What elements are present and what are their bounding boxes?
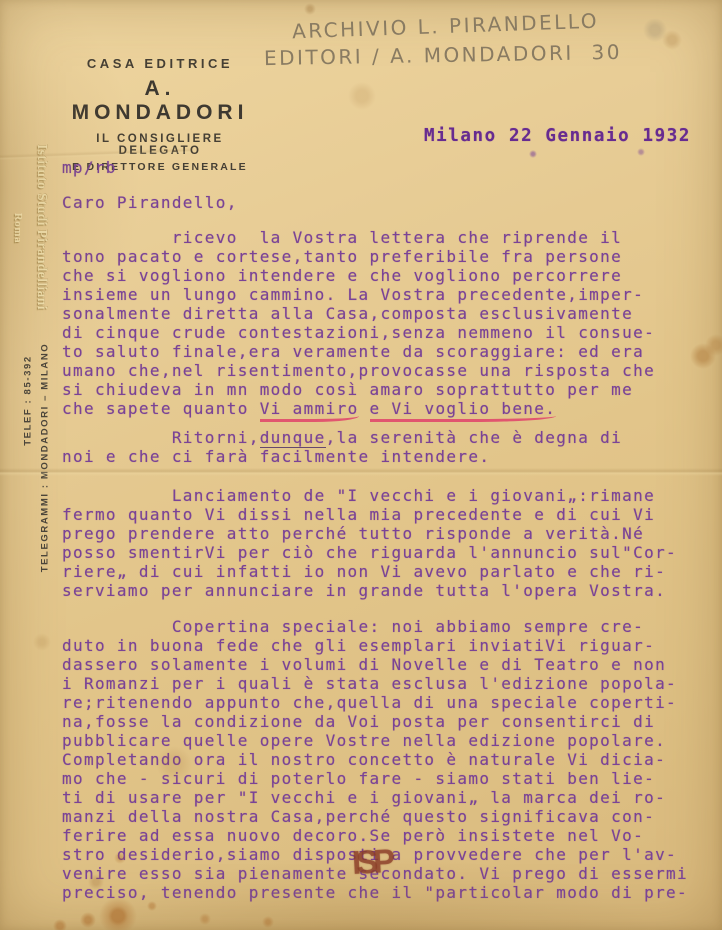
paragraph: ricevo la Vostra lettera che riprende il…	[62, 228, 710, 418]
scanned-letter-page: Istituto Studi Pirandelliani Roma TELEGR…	[0, 0, 722, 930]
body-text: Ritorni,	[62, 428, 260, 447]
body-line: tono pacato e cortese,tanto preferibile …	[62, 247, 710, 266]
body-text: posso smentirVi per ciò che riguarda l'a…	[62, 543, 677, 562]
body-text: sonalmente diretta alla Casa,composta es…	[62, 304, 633, 323]
body-line: che si vogliono intendere e che vogliono…	[62, 266, 710, 285]
body-line: to saluto finale,era veramente da scorag…	[62, 342, 710, 361]
body-line: dassero solamente i volumi di Novelle e …	[62, 655, 710, 674]
body-text: mo che - sicuri di poterlo fare - siamo …	[62, 769, 655, 788]
paragraph: Ritorni,dunque,la serenità che è degna d…	[62, 428, 710, 466]
paragraph: Lanciamento de "I vecchi e i giovani„:ri…	[62, 486, 710, 600]
body-text: Lanciamento de "I vecchi e i giovani„:ri…	[62, 486, 655, 505]
body-line: i Romanzi per i quali è stata esclusa l'…	[62, 674, 710, 693]
body-text: di cinque crude contestazioni,senza nemm…	[62, 323, 655, 342]
body-text: serviamo per annunciare in grande tutta …	[62, 581, 666, 600]
body-text: fermo quanto Vi dissi nella mia preceden…	[62, 505, 655, 524]
body-line: insieme un lungo cammino. La Vostra prec…	[62, 285, 710, 304]
body-line: Completando ora il nostro concetto è nat…	[62, 750, 710, 769]
body-text: insieme un lungo cammino. La Vostra prec…	[62, 285, 644, 304]
pencil-annotation-line1: ARCHIVIO L. PIRANDELLO	[292, 9, 600, 44]
body-line: sonalmente diretta alla Casa,composta es…	[62, 304, 710, 323]
body-line: na,fosse la condizione da Voi posta per …	[62, 712, 710, 731]
red-underlined-text: e Vi voglio bene.	[370, 399, 557, 422]
letterhead-company-type: CASA EDITRICE	[58, 56, 262, 71]
red-underlined-text: Vi ammiro	[260, 399, 359, 422]
reference-initials: mp/rb	[62, 158, 117, 177]
body-line: manzi della nostra Casa,perché questo si…	[62, 807, 710, 826]
body-line: serviamo per annunciare in grande tutta …	[62, 581, 710, 600]
body-text: Completando ora il nostro concetto è nat…	[62, 750, 666, 769]
letter-body: ricevo la Vostra lettera che riprende il…	[62, 228, 710, 902]
letterhead-title-line1: IL CONSIGLIERE DELEGATO	[58, 133, 262, 157]
body-text: riere„ di cui infatti io non Vi avevo pa…	[62, 562, 666, 581]
body-text: pubblicare quelle opere Vostre nella edi…	[62, 731, 666, 750]
body-text: tono pacato e cortese,tanto preferibile …	[62, 247, 622, 266]
body-line: si chiudeva in mn modo così amaro soprat…	[62, 380, 710, 399]
date-line: Milano 22 Gennaio 1932	[424, 126, 691, 146]
body-text: Copertina speciale: noi abbiamo sempre c…	[62, 617, 644, 636]
body-line: che sapete quanto Vi ammiro e Vi voglio …	[62, 399, 710, 418]
body-text: si chiudeva in mn modo così amaro soprat…	[62, 380, 633, 399]
body-line: posso smentirVi per ciò che riguarda l'a…	[62, 543, 710, 562]
body-text: ferire ad essa nuovo decoro.Se però insi…	[62, 826, 644, 845]
body-line: mo che - sicuri di poterlo fare - siamo …	[62, 769, 710, 788]
body-line: duto in buona fede che gli esemplari inv…	[62, 636, 710, 655]
body-text	[359, 399, 370, 418]
body-line: Copertina speciale: noi abbiamo sempre c…	[62, 617, 710, 636]
body-text: dassero solamente i volumi di Novelle e …	[62, 655, 666, 674]
body-line: fermo quanto Vi dissi nella mia preceden…	[62, 505, 710, 524]
letterhead-telegrams: TELEGRAMMI : MONDADORI – MILANO	[40, 330, 51, 586]
body-line: Lanciamento de "I vecchi e i giovani„:ri…	[62, 486, 710, 505]
letterhead-phone: TELEF : 85-392	[23, 343, 34, 459]
body-text: ,la serenità che è degna di	[326, 428, 623, 447]
body-line: preciso, tenendo presente che il "partic…	[62, 883, 710, 902]
body-text: che si vogliono intendere e che vogliono…	[62, 266, 622, 285]
body-line: noi e che ci farà facilmente intendere.	[62, 447, 710, 466]
body-text: umano che,nel risentimento,provocasse un…	[62, 361, 655, 380]
body-text: ricevo la Vostra lettera che riprende il	[62, 228, 622, 247]
embossed-stamp-istituto: Istituto Studi Pirandelliani	[34, 141, 50, 313]
pen-underlined-text: dunque	[260, 428, 326, 448]
letterhead-company-name: A. MONDADORI	[58, 77, 262, 125]
body-text: duto in buona fede che gli esemplari inv…	[62, 636, 655, 655]
body-text: to saluto finale,era veramente da scorag…	[62, 342, 644, 361]
body-line: prego prendere atto perché tutto rispond…	[62, 524, 710, 543]
body-line: umano che,nel risentimento,provocasse un…	[62, 361, 710, 380]
body-line: Ritorni,dunque,la serenità che è degna d…	[62, 428, 710, 447]
body-line: ricevo la Vostra lettera che riprende il	[62, 228, 710, 247]
letterhead: CASA EDITRICE A. MONDADORI IL CONSIGLIER…	[58, 56, 262, 173]
body-text: ti di usare per "I vecchi e i giovani„ l…	[62, 788, 666, 807]
body-line: riere„ di cui infatti io non Vi avevo pa…	[62, 562, 710, 581]
body-text: che sapete quanto	[62, 399, 260, 418]
body-line: di cinque crude contestazioni,senza nemm…	[62, 323, 710, 342]
salutation: Caro Pirandello,	[62, 193, 238, 212]
body-text: re;ritenendo appunto che,quella di una s…	[62, 693, 677, 712]
body-text: noi e che ci farà facilmente intendere.	[62, 447, 490, 466]
body-line: ti di usare per "I vecchi e i giovani„ l…	[62, 788, 710, 807]
body-text: preciso, tenendo presente che il "partic…	[62, 883, 688, 902]
body-text: i Romanzi per i quali è stata esclusa l'…	[62, 674, 677, 693]
body-line: pubblicare quelle opere Vostre nella edi…	[62, 731, 710, 750]
isp-ink-stamp: ISP	[351, 842, 391, 882]
embossed-stamp-roma: Roma	[12, 205, 24, 251]
body-line: re;ritenendo appunto che,quella di una s…	[62, 693, 710, 712]
body-text: na,fosse la condizione da Voi posta per …	[62, 712, 655, 731]
pencil-annotation-line2: EDITORI / A. MONDADORI 30	[264, 40, 622, 70]
body-text: manzi della nostra Casa,perché questo si…	[62, 807, 655, 826]
body-text: prego prendere atto perché tutto rispond…	[62, 524, 644, 543]
